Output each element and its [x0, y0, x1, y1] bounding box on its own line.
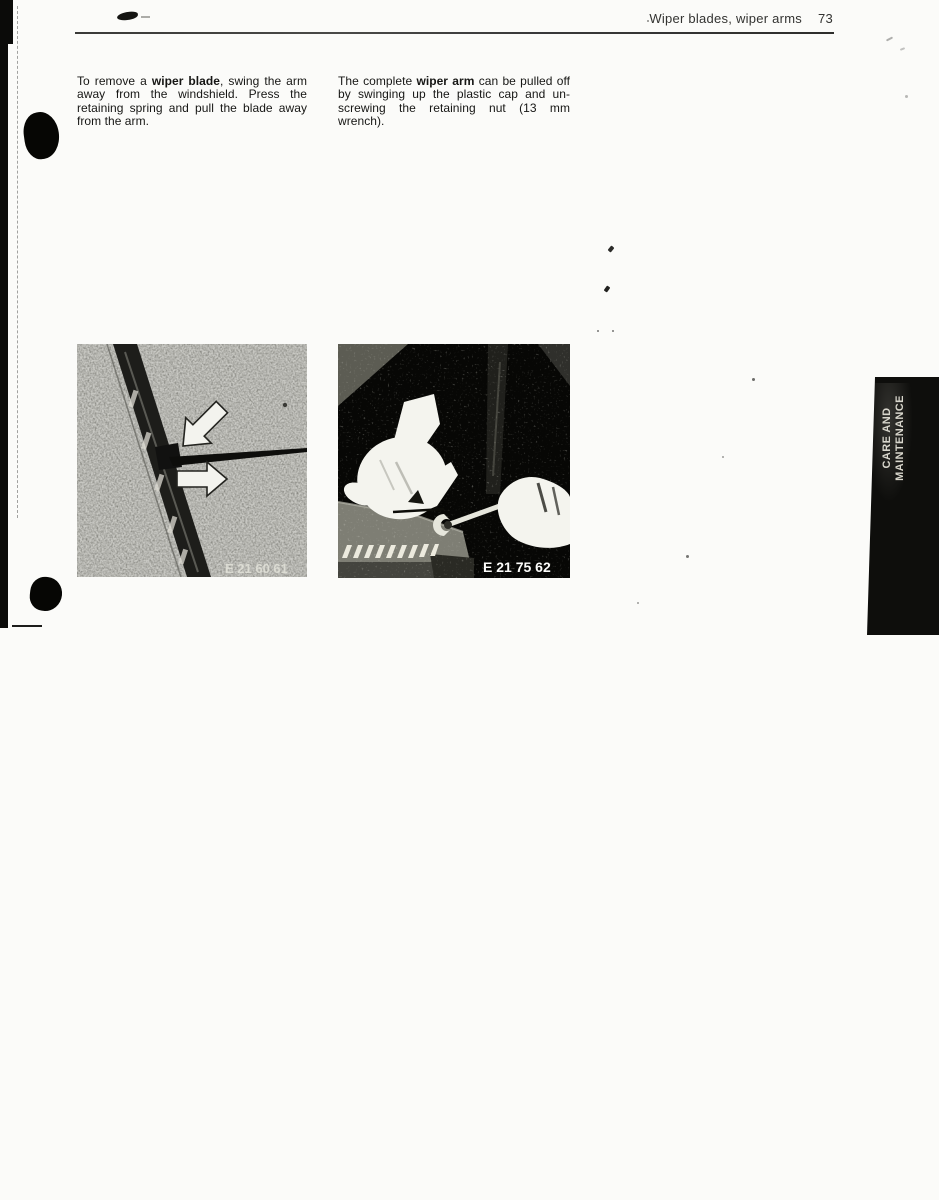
figure-caption-left: E 21 60 61 — [225, 561, 288, 576]
scan-speck — [752, 378, 755, 381]
scan-speck — [608, 245, 615, 252]
tab-label-line2: MAINTENANCE — [894, 379, 907, 497]
header-rule — [75, 32, 834, 34]
scan-speck — [612, 330, 614, 332]
scanned-manual-page: { "header": { "title": "Wiper blades, wi… — [0, 0, 939, 1200]
wiper-blade-photo-art: E 21 60 61 — [77, 344, 307, 577]
scan-speck — [886, 36, 893, 41]
binder-hole-top — [21, 110, 62, 161]
scan-speck — [647, 20, 649, 22]
paragraph-wiper-blade: To remove a wiper blade, swing the armaw… — [77, 75, 307, 129]
page-number: 73 — [818, 11, 833, 26]
scan-speck — [637, 602, 639, 604]
maintenance-section-tab: CARE AND MAINTENANCE — [867, 377, 939, 635]
scan-speck — [686, 555, 689, 558]
wiper-arm-photo-art: E 21 75 62 — [338, 344, 570, 578]
scan-edge-wedge — [0, 0, 13, 44]
paragraph-line: screwing the retaining nut (13 mm — [338, 102, 570, 115]
scan-speck — [597, 330, 599, 332]
ink-smudge-tail — [141, 16, 150, 18]
tab-label-line1: CARE AND — [881, 379, 894, 497]
bottom-left-mark — [12, 625, 42, 627]
retaining-nut-shape — [444, 521, 452, 529]
page-header: Wiper blades, wiper arms 73 — [649, 11, 833, 26]
paragraph-line: wrench). — [338, 115, 570, 128]
page-header-title: Wiper blades, wiper arms — [649, 11, 802, 26]
paragraph-line: The complete wiper arm can be pulled off — [338, 75, 570, 88]
scan-edge-strip — [0, 0, 8, 628]
binder-fold-line — [17, 6, 18, 518]
paragraph-line: To remove a wiper blade, swing the arm — [77, 75, 307, 88]
scan-speck — [900, 47, 905, 51]
paragraph-line: by swinging up the plastic cap and un- — [338, 88, 570, 101]
scan-speck — [722, 456, 724, 458]
scan-speck — [604, 285, 611, 292]
figure-wiper-blade-photo: E 21 60 61 — [77, 344, 307, 582]
paragraph-line: retaining spring and pull the blade away — [77, 102, 307, 115]
binder-hole-bottom — [28, 575, 63, 612]
tab-label: CARE AND MAINTENANCE — [881, 379, 907, 497]
scan-speck — [905, 95, 908, 98]
paragraph-line: away from the windshield. Press the — [77, 88, 307, 101]
figure-caption-right: E 21 75 62 — [483, 559, 551, 575]
paragraph-wiper-arm: The complete wiper arm can be pulled off… — [338, 75, 570, 129]
figure-wiper-arm-photo: E 21 75 62 — [338, 344, 570, 583]
paragraph-line: from the arm. — [77, 115, 307, 128]
ink-smudge — [117, 11, 139, 21]
